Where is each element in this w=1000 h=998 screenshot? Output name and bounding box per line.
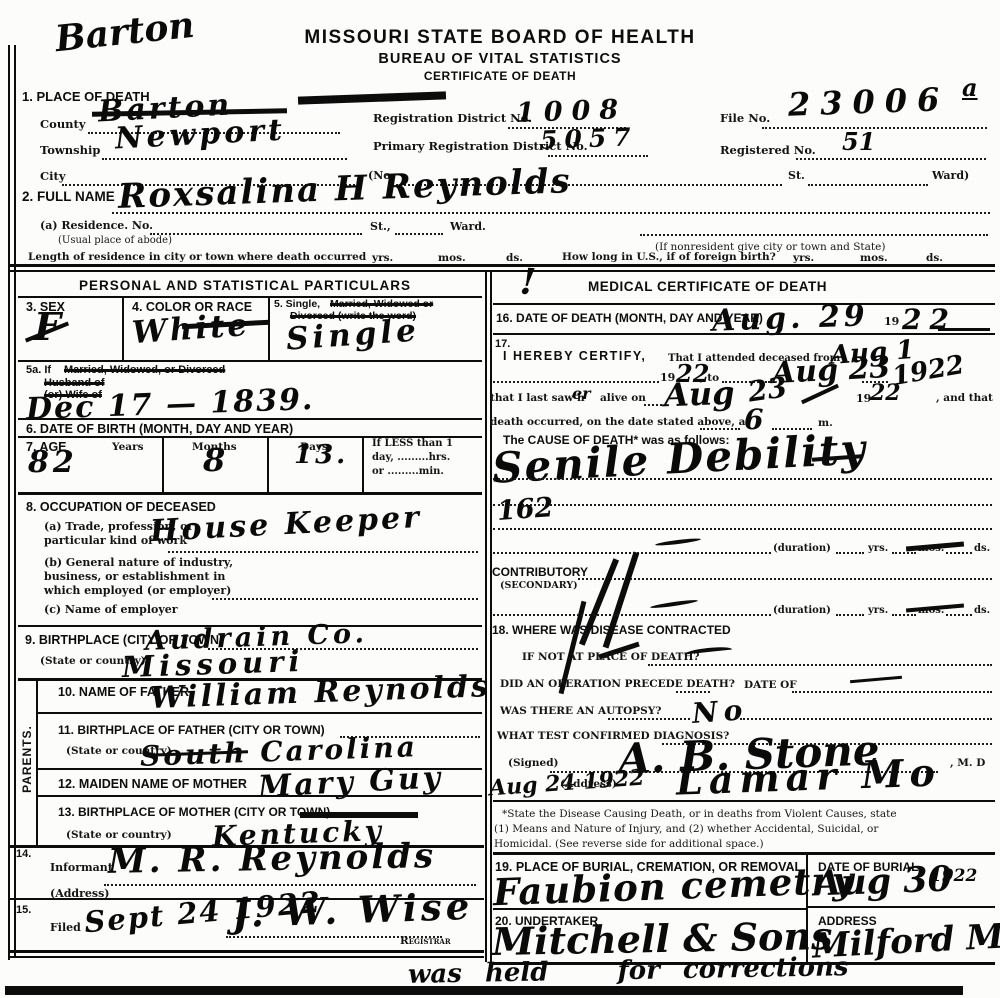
less-than-1-label: If LESS than 1 [372,438,453,449]
street-line [808,184,928,186]
last-saw-her-value: er [572,386,591,402]
duration-ds-label: ds. [974,543,990,554]
length-mos-label: mos. [438,253,466,265]
county-corner-note: Barton [54,7,197,57]
rule [36,712,482,714]
street-label: St. [788,170,805,182]
file-no-value: 23006 [787,83,949,121]
signature-address-label: (Address) [560,779,617,791]
residence-ward-label: Ward. [450,221,486,233]
race-value: White [131,310,251,349]
certify-line [493,381,659,383]
pen-scribble [298,91,446,104]
rule [493,333,995,335]
rule [493,908,807,910]
column-divider-outer [485,272,487,962]
cell-divider [162,436,164,492]
medical-header: MEDICAL CERTIFICATE OF DEATH [588,280,827,295]
duration-ds-label: ds. [974,605,990,616]
cell-divider [122,298,124,360]
full-name-value: Roxsalina H Reynolds [118,164,573,214]
registrar-label: Registrar [400,936,451,948]
mother-state-label: (State or country) [66,830,172,842]
cell-divider [362,436,364,492]
occupation-b-line [212,598,478,600]
pen-stroke [684,646,732,655]
us-mos-label: mos. [860,253,888,265]
filed-label: Filed [50,922,81,934]
dur-dots [836,614,864,616]
md-label: , M. D [950,758,985,770]
death-occurred-label: death occurred, on the date stated above… [490,417,750,429]
rule [8,956,484,958]
cause-line1 [493,478,992,480]
date-of-line [792,691,992,693]
cause-code-value: 162 [496,494,554,525]
husband-of-label: Husband of [44,377,105,389]
registered-no-value: 51 [842,130,875,154]
contributory-label: CONTRIBUTORY [492,566,588,579]
burial-place-value: Faubion cemetry [492,862,854,912]
cell-divider [268,298,270,360]
marital-label-struck: Married, Widowed or [330,299,433,311]
and-that-label: , and that [936,393,993,405]
signed-label: (Signed) [508,758,559,770]
duration-label: (duration) [773,543,831,554]
informant-value: M. R. Reynolds [108,839,437,879]
dur-dots [946,552,972,554]
township-line [102,158,347,160]
rule [18,492,482,495]
operation-label: DID AN OPERATION PRECEDE DEATH? [500,679,735,691]
duration-yrs-label: yrs. [868,605,888,616]
duration-yrs-label: yrs. [868,543,888,554]
age-months-value: 8 [203,444,225,476]
less-than-1-min: or .........min. [372,466,444,477]
autopsy-value: No [691,696,749,728]
rule [8,950,484,953]
footnote-line1: *State the Disease Causing Death, or in … [502,807,897,821]
rule [18,360,482,362]
column-divider-inner [490,272,492,962]
nonresident-line [640,234,988,236]
occupation-c-label: (c) Name of employer [44,604,178,616]
signature-address-value: Lamar Mo [675,753,941,800]
last-saw-month-value: Aug [663,377,735,411]
last-saw-year-value: 22 [870,382,901,404]
county-label: County [40,118,86,131]
disease-contracted-label: 18. WHERE WAS DISEASE CONTRACTED [492,624,731,637]
us-yrs-label: yrs. [793,253,814,265]
us-ds-label: ds. [926,253,943,265]
autopsy-line2 [740,718,992,720]
occupation-b2-label: business, or establishment in [44,571,225,583]
dur-dots [892,614,916,616]
operation-line [676,691,710,693]
s5a-label-struck: Married, Widowed, or Divorced [64,364,225,376]
cause-line2 [493,504,992,506]
left-border-outer [8,45,10,960]
ward-label: Ward) [932,170,969,182]
full-name-label: 2. FULL NAME [22,190,115,205]
rule [18,418,482,420]
less-than-1-hrs: day, .........hrs. [372,452,450,463]
file-no-label: File No. [720,112,770,125]
residence-st-label: St., [370,221,391,233]
rule [808,906,995,908]
burial-date-year: 1922 [930,868,977,885]
contributory-line [578,578,992,580]
marital-value: Single [285,315,421,355]
if-not-place-label: IF NOT AT PLACE OF DEATH? [522,652,700,664]
dur-dots [946,614,972,616]
personal-header: PERSONAL AND STATISTICAL PARTICULARS [30,279,460,294]
rule [493,852,995,855]
duration-line2 [493,614,771,616]
last-saw-day-value: 23 [746,373,788,406]
township-value: Newport [114,116,286,155]
board-title: MISSOURI STATE BOARD OF HEALTH [250,28,750,49]
township-label: Township [40,144,100,157]
age-days-value: 13. [294,442,348,468]
pen-exclamation-mark: ! [519,263,537,300]
s5a-label: 5a. If [26,364,51,376]
registered-no-label: Registered No. [720,144,816,157]
pen-stroke [655,537,701,547]
death-certificate-scan: Barton MISSOURI STATE BOARD OF HEALTH BU… [0,0,1000,998]
held-for-corrections-note: was held for corrections [408,954,849,988]
informant-number: 14. [16,848,31,860]
parents-divider [36,680,38,845]
last-saw-label: that I last saw h [490,393,585,405]
residence-line [150,233,362,235]
file-no-suffix: a [962,76,978,100]
certify-label: I HEREBY CERTIFY, [503,350,646,364]
footnote-line2: (1) Means and Nature of Injury, and (2) … [494,822,878,836]
bureau-subtitle: BUREAU OF VITAL STATISTICS [250,52,750,68]
left-border-inner [14,45,16,957]
rule [493,800,995,802]
informant-label: Informant [50,862,113,874]
registered-no-line [796,158,986,160]
doc-type-title: CERTIFICATE OF DEATH [250,70,750,83]
footnote-line3: Homicidal. (See reverse side for additio… [494,837,764,851]
residence-label: (a) Residence. No. [40,220,153,232]
mother-name-label: 12. MAIDEN NAME OF MOTHER [58,778,247,792]
registration-district-label: Registration District No. [373,112,532,125]
autopsy-line [608,718,690,720]
alive-line [644,404,662,406]
dod-19-label: 19 [884,316,899,328]
length-residence-label: Length of residence in city or town wher… [28,252,366,264]
section-divider [8,270,995,272]
filed-number: 15. [16,904,31,916]
rule [36,795,482,797]
dob-label: 6. DATE OF BIRTH (MONTH, DAY AND YEAR) [26,423,293,437]
how-long-us-label: How long in U.S., if of foreign birth? [562,252,776,264]
pen-stroke [650,599,698,610]
age-years-value: 82 [28,448,78,478]
occupation-b1-label: (b) General nature of industry, [44,557,233,569]
years-label: Years [112,442,144,454]
occupation-line [168,551,478,553]
hour-line [700,428,740,430]
registrar-signature: J. W. Wise [231,888,473,933]
date-of-label: DATE OF [744,680,797,692]
marital-label: 5. Single, [274,299,320,311]
dur-dots [836,552,864,554]
pen-stroke [938,328,990,331]
pen-stroke [850,676,902,684]
cause-line3 [493,528,992,530]
alive-on-label: alive on [600,393,646,405]
primary-district-line [548,155,648,157]
father-name-value: William Reynolds [150,672,492,714]
autopsy-label: WAS THERE AN AUTOPSY? [500,706,661,718]
cell-divider [267,436,269,492]
primary-district-value: 5057 [540,124,638,152]
date-of-death-value: Aug. 29 [712,301,870,336]
city-label: City [40,170,66,183]
dur-dots [892,552,916,554]
parents-vertical-label: PARENTS. [20,704,34,814]
duration-label: (duration) [773,605,831,616]
if-not-line [648,664,992,666]
length-yrs-label: yrs. [372,253,393,265]
section-divider [8,264,995,267]
occupation-b3-label: which employed (or employer) [44,585,231,597]
residence-st-line [395,233,443,235]
full-name-line [112,212,990,214]
secondary-label: (SECONDARY) [500,581,578,591]
abode-label: (Usual place of abode) [58,234,172,248]
